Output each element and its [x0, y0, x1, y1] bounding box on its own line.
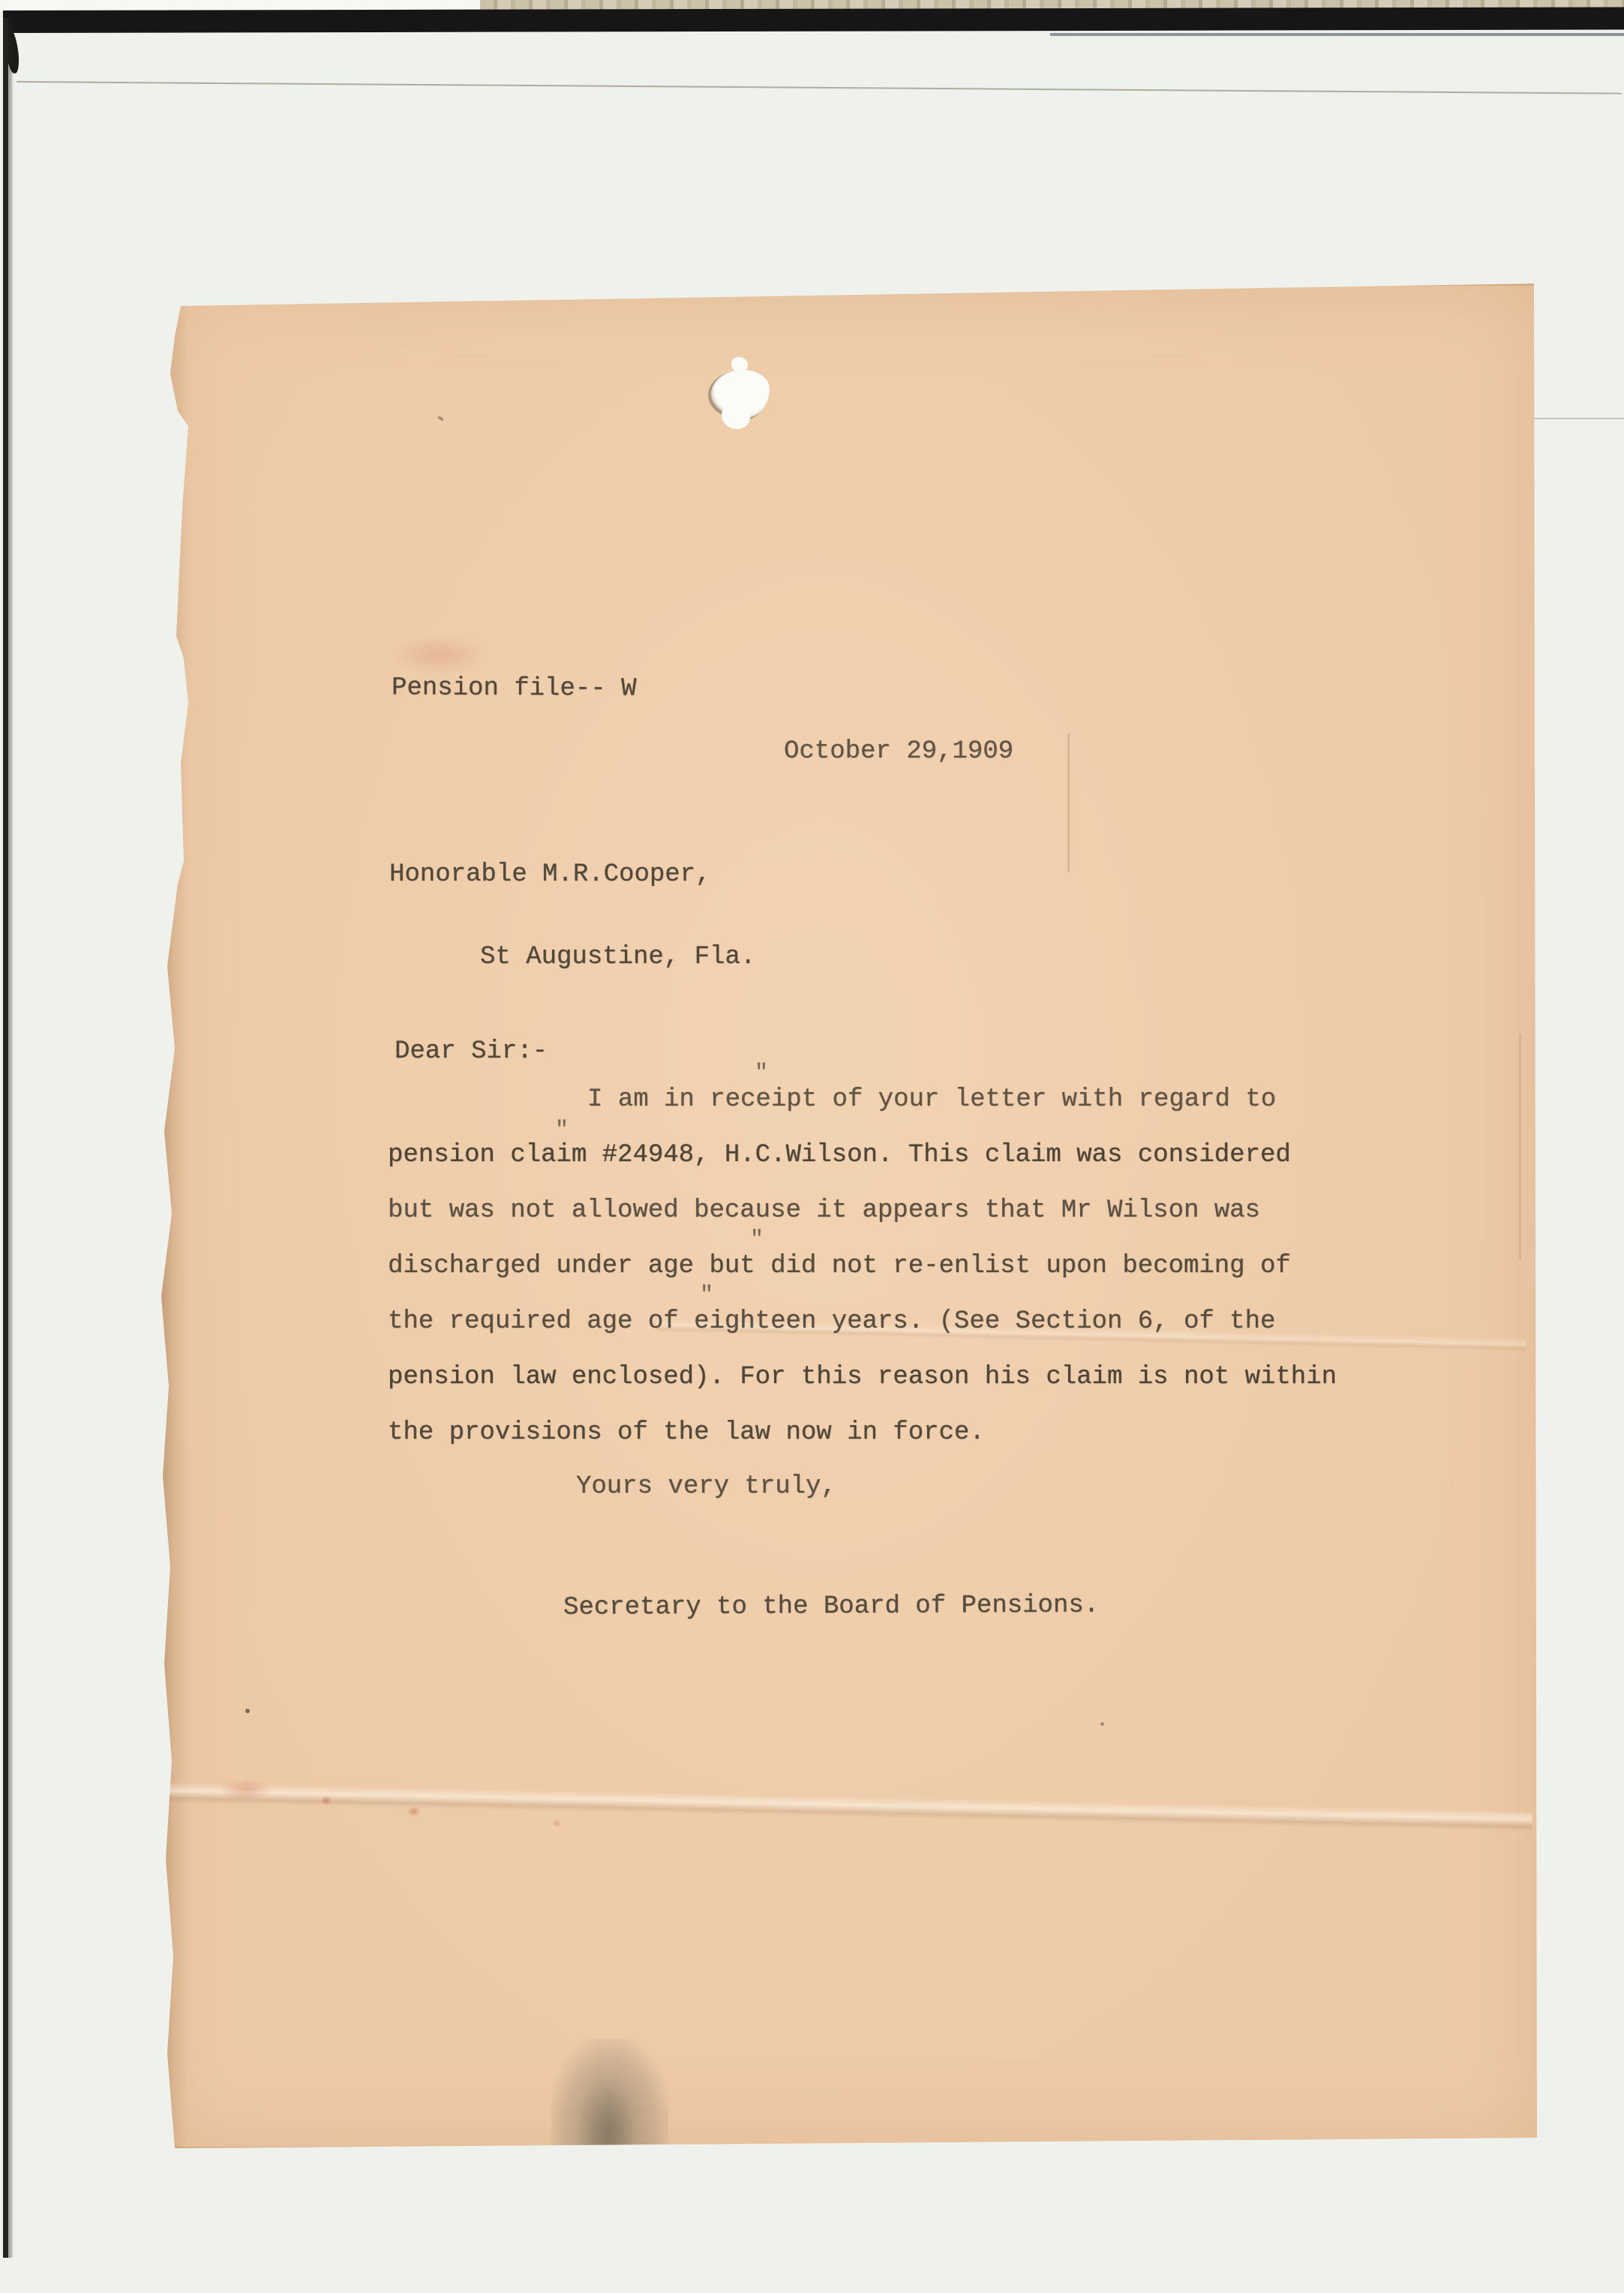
scan-top-black-bar	[3, 7, 1624, 33]
foxing-spot	[407, 1806, 421, 1817]
date-line: October 29,1909	[784, 735, 1013, 768]
scanned-letter-page: " " " " Pension file-- W October 29,1909…	[0, 0, 1624, 2293]
body-line: but was not allowed because it appears t…	[388, 1194, 1260, 1227]
typewriter-ghost-mark: "	[755, 1061, 768, 1086]
fiber-mark	[437, 416, 445, 422]
typewriter-ghost-mark: "	[700, 1283, 713, 1308]
ink-speck	[245, 1709, 250, 1713]
paper-hole-defect-lower	[722, 402, 750, 429]
foxing-spot	[551, 1820, 562, 1827]
body-line: pension claim #24948, H.C.Wilson. This c…	[388, 1139, 1291, 1172]
recipient-name-line: Honorable M.R.Cooper,	[389, 858, 710, 891]
scan-scratch-line	[17, 81, 1622, 95]
horizontal-fold-crease	[163, 1782, 1532, 1832]
body-line: discharged under age but did not re-enli…	[388, 1250, 1291, 1283]
body-line: pension law enclosed). For this reason h…	[388, 1361, 1337, 1394]
foxing-smear	[220, 1779, 272, 1800]
typewriter-ghost-mark: "	[750, 1227, 764, 1253]
foxing-spot	[320, 1796, 332, 1805]
signature-line: Secretary to the Board of Pensions.	[563, 1589, 1099, 1624]
closing-line: Yours very truly,	[576, 1470, 836, 1503]
letter-paper: " " " " Pension file-- W October 29,1909…	[161, 284, 1537, 2148]
recipient-city-line: St Augustine, Fla.	[480, 941, 755, 974]
body-line: I am in receipt of your letter with rega…	[587, 1083, 1276, 1116]
body-line: the provisions of the law now in force.	[388, 1416, 985, 1449]
vertical-crease-upper	[1067, 734, 1070, 872]
body-line: the required age of eighteen years. (See…	[388, 1305, 1275, 1338]
vertical-crease-right	[1519, 1034, 1521, 1259]
ink-speck	[1100, 1722, 1104, 1726]
scan-top-bar-shadow	[1050, 33, 1624, 36]
file-reference-line: Pension file-- W	[392, 671, 637, 705]
paper-hole-defect-upper	[731, 357, 748, 372]
salutation-line: Dear Sir:-	[395, 1035, 548, 1068]
pink-stain	[386, 635, 491, 675]
scan-left-dark-edge	[0, 18, 14, 2258]
scan-background-scratch	[1533, 418, 1624, 419]
bottom-smudge-core	[578, 2078, 635, 2148]
